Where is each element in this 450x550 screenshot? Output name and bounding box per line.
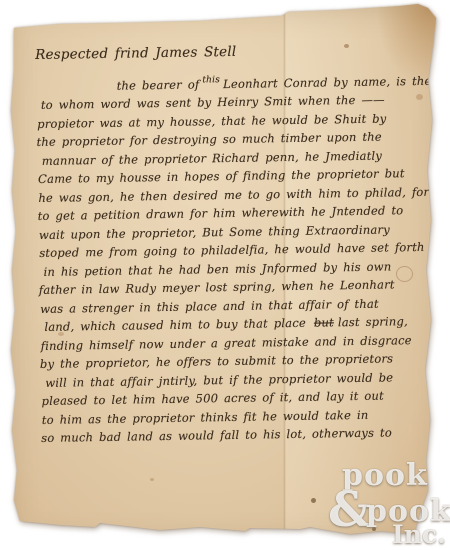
stain-spot bbox=[150, 478, 154, 481]
letter-text: Respected frind James Stell the bearer o… bbox=[36, 40, 442, 448]
opening-after: Leonhart Conrad by name, is the parson bbox=[223, 73, 450, 91]
letter-paper: Respected frind James Stell the bearer o… bbox=[0, 0, 450, 550]
photo-background: Respected frind James Stell the bearer o… bbox=[0, 0, 450, 550]
inserted-word: this bbox=[202, 75, 220, 85]
corrected-after: last spring, bbox=[338, 314, 408, 329]
paper-sheet: Respected frind James Stell the bearer o… bbox=[0, 0, 450, 550]
stain-spot bbox=[372, 527, 376, 531]
stain-spot bbox=[311, 498, 316, 503]
corrected-before: land, which caused him to buy that place bbox=[44, 316, 306, 334]
struck-word: but bbox=[314, 315, 334, 329]
opening-before: the bearer of bbox=[117, 77, 200, 92]
